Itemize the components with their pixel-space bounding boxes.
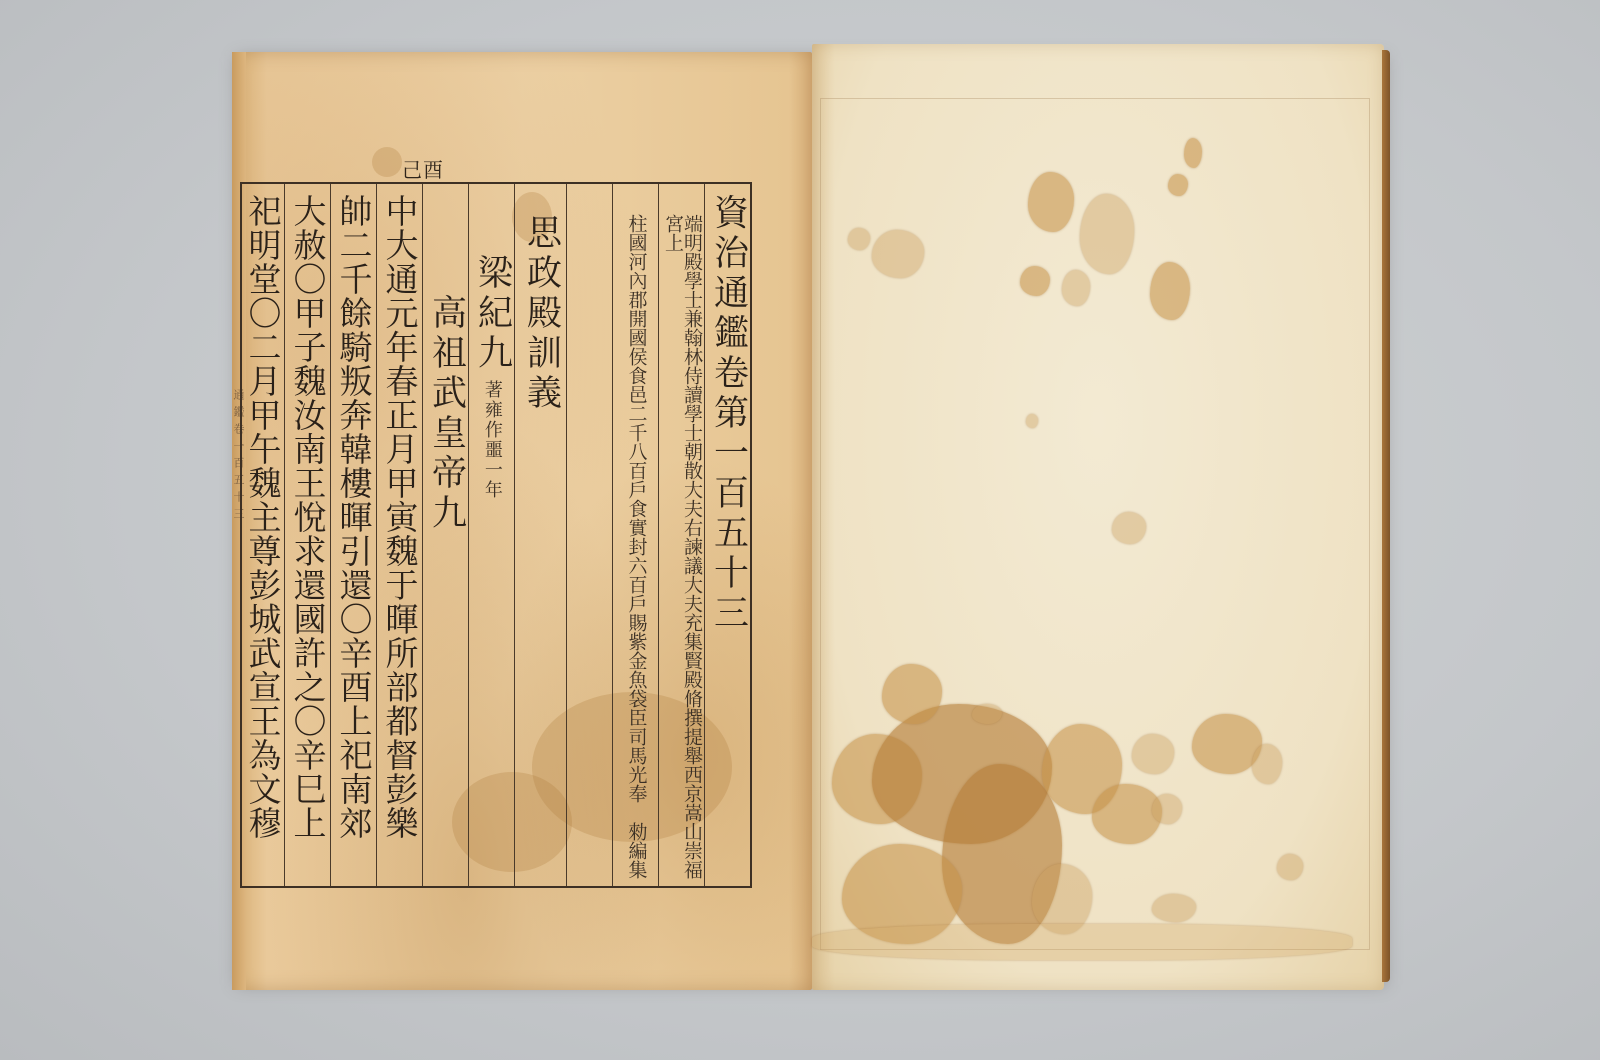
- heading-column: 思政殿訓義: [514, 184, 567, 886]
- stain: [812, 924, 1352, 960]
- stain: [1112, 512, 1146, 544]
- stain: [1152, 794, 1182, 824]
- text-column: 中大通元年春正月甲寅魏于暉所部都督彭樂: [376, 184, 423, 886]
- stain: [1020, 266, 1050, 296]
- stain: [848, 228, 870, 250]
- stain: [1028, 172, 1074, 232]
- stain: [372, 147, 402, 177]
- stain: [1150, 262, 1190, 320]
- left-page: 通鑑卷一百五十三 己酉 資治通鑑卷第一百五十三 端明殿學士兼翰林侍讀學士朝散大夫…: [232, 52, 812, 990]
- emperor-column: 高祖武皇帝九: [422, 184, 469, 886]
- stain: [1152, 894, 1196, 922]
- stain: [1080, 194, 1134, 274]
- year-note: 著雍作噩一年: [482, 380, 502, 500]
- stain: [1026, 414, 1038, 428]
- text-column: 大赦〇甲子魏汝南王悅求還國許之〇辛巳上: [284, 184, 331, 886]
- stain: [1252, 744, 1282, 784]
- stain: [1184, 138, 1202, 168]
- stain: [1062, 270, 1090, 306]
- title-column: 資治通鑑卷第一百五十三: [704, 184, 751, 886]
- dynasty-column: 梁紀九 著雍作噩一年: [468, 184, 515, 886]
- text-column: 祀明堂〇二月甲午魏主尊彭城武宣王為文穆: [242, 184, 284, 886]
- right-page: [812, 44, 1384, 990]
- stain: [972, 704, 1002, 724]
- empty-column: [566, 184, 613, 886]
- text-column: 帥二千餘騎叛奔韓樓暉引還〇辛酉上祀南郊: [330, 184, 377, 886]
- stain: [872, 230, 924, 278]
- author-column-2: 柱國河內郡開國侯食邑二千八百戶食實封六百戶賜紫金魚袋臣司馬光奉 勑編集: [612, 184, 659, 886]
- stain: [1168, 174, 1188, 196]
- top-label: 己酉: [402, 154, 444, 183]
- page-edge: [1382, 50, 1390, 982]
- stain: [882, 664, 942, 724]
- author-column-1: 端明殿學士兼翰林侍讀學士朝散大夫右諫議大夫充集賢殿脩撰提舉西京嵩山崇福宮上: [658, 184, 705, 886]
- stain: [1092, 784, 1162, 844]
- stain: [1277, 854, 1303, 880]
- text-frame: 資治通鑑卷第一百五十三 端明殿學士兼翰林侍讀學士朝散大夫右諫議大夫充集賢殿脩撰提…: [240, 182, 752, 888]
- stain: [1132, 734, 1174, 774]
